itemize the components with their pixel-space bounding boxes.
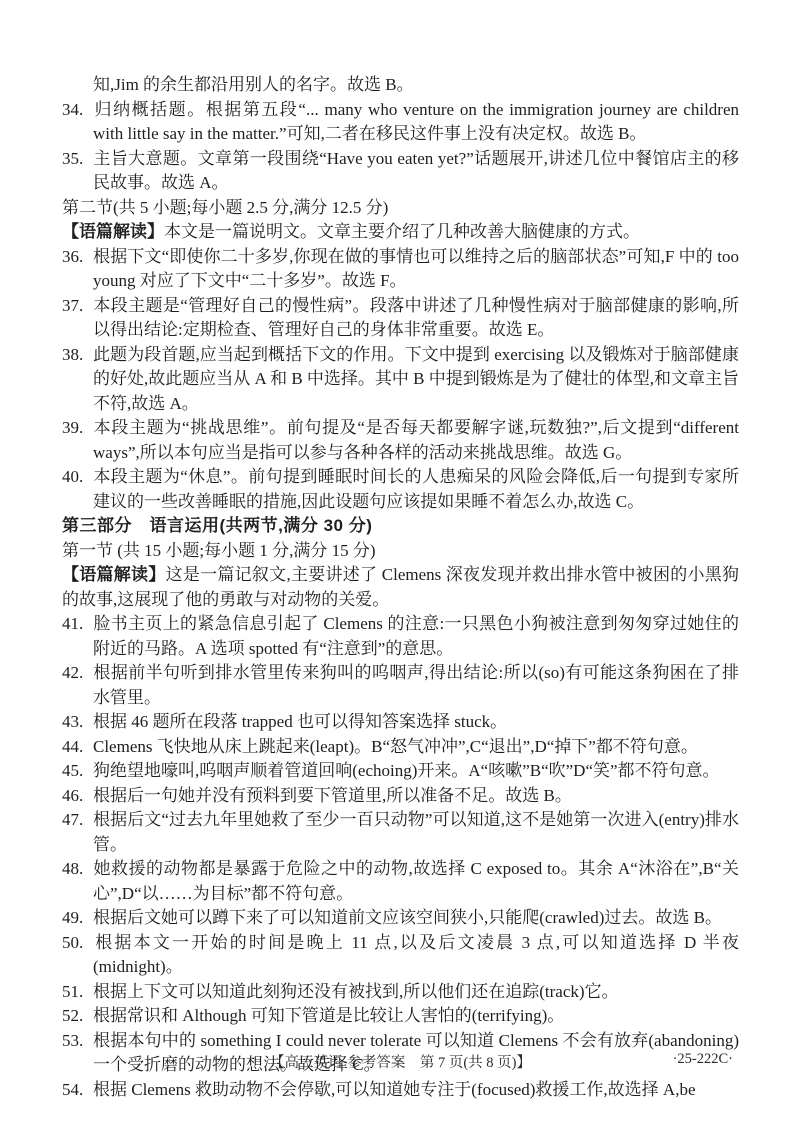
question-explanation-line: 52.根据常识和 Although 可知下管道是比较让人害怕的(terrifyi… [62, 1004, 739, 1029]
question-number: 38. [62, 343, 93, 368]
question-number: 35. [62, 147, 93, 172]
question-text: 脸书主页上的紧急信息引起了 Clemens 的注意:一只黑色小狗被注意到匆匆穿过… [93, 614, 739, 658]
question-text: 本段主题为“休息”。前句提到睡眠时间长的人患痴呆的风险会降低,后一句提到专家所建… [93, 467, 739, 511]
question-explanation-line: 35.主旨大意题。文章第一段围绕“Have you eaten yet?”话题展… [62, 147, 739, 196]
question-explanation-line: 47.根据后文“过去九年里她救了至少一百只动物”可以知道,这不是她第一次进入(e… [62, 808, 739, 857]
question-explanation-line: 49.根据后文她可以蹲下来了可以知道前文应该空间狭小,只能爬(crawled)过… [62, 906, 739, 931]
continuation-line: 知,Jim 的余生都沿用别人的名字。故选 B。 [62, 73, 739, 98]
question-text: 根据后文她可以蹲下来了可以知道前文应该空间狭小,只能爬(crawled)过去。故… [93, 908, 722, 927]
passage-analysis: 【语篇解读】本文是一篇说明文。文章主要介绍了几种改善大脑健康的方式。 [62, 220, 739, 245]
passage-analysis: 【语篇解读】这是一篇记叙文,主要讲述了 Clemens 深夜发现并救出排水管中被… [62, 563, 739, 612]
question-text: 此题为段首题,应当起到概括下文的作用。下文中提到 exercising 以及锻炼… [93, 345, 739, 413]
question-explanation-line: 40.本段主题为“休息”。前句提到睡眠时间长的人患痴呆的风险会降低,后一句提到专… [62, 465, 739, 514]
question-explanation-line: 54.根据 Clemens 救助动物不会停歇,可以知道她专注于(focused)… [62, 1078, 739, 1103]
question-text: 根据本文一开始的时间是晚上 11 点,以及后文凌晨 3 点,可以知道选择 D 半… [93, 933, 739, 977]
question-text: 本段主题是“管理好自己的慢性病”。段落中讲述了几种慢性病对于脑部健康的影响,所以… [93, 296, 739, 340]
footer-page-indicator: 【高三英语·参考答案 第 7 页(共 8 页)】 [62, 1051, 739, 1072]
answer-content: 知,Jim 的余生都沿用别人的名字。故选 B。34.归纳概括题。根据第五段“..… [62, 73, 739, 1102]
question-explanation-line: 45.狗绝望地嚎叫,呜咽声顺着管道回响(echoing)开来。A“咳嗽”B“吹”… [62, 759, 739, 784]
question-explanation-line: 51.根据上下文可以知道此刻狗还没有被找到,所以他们还在追踪(track)它。 [62, 980, 739, 1005]
question-number: 50. [62, 931, 93, 956]
question-text: 根据后一句她并没有预料到要下管道里,所以准备不足。故选 B。 [93, 786, 572, 805]
question-text: 根据 Clemens 救助动物不会停歇,可以知道她专注于(focused)救援工… [93, 1080, 696, 1099]
question-number: 42. [62, 661, 93, 686]
question-number: 48. [62, 857, 93, 882]
footer-paper-code: ·25-222C· [673, 1051, 733, 1068]
question-number: 44. [62, 735, 93, 760]
question-text: 她救援的动物都是暴露于危险之中的动物,故选择 C exposed to。其余 A… [93, 859, 739, 903]
question-number: 46. [62, 784, 93, 809]
question-explanation-line: 50.根据本文一开始的时间是晚上 11 点,以及后文凌晨 3 点,可以知道选择 … [62, 931, 739, 980]
question-text: 根据 46 题所在段落 trapped 也可以得知答案选择 stuck。 [93, 712, 507, 731]
question-explanation-line: 36.根据下文“即使你二十多岁,你现在做的事情也可以维持之后的脑部状态”可知,F… [62, 245, 739, 294]
question-number: 40. [62, 465, 93, 490]
question-number: 54. [62, 1078, 93, 1103]
question-number: 51. [62, 980, 93, 1005]
question-explanation-line: 34.归纳概括题。根据第五段“... many who venture on t… [62, 98, 739, 147]
question-explanation-line: 46.根据后一句她并没有预料到要下管道里,所以准备不足。故选 B。 [62, 784, 739, 809]
page-footer: 【高三英语·参考答案 第 7 页(共 8 页)】 ·25-222C· [62, 1051, 739, 1073]
answer-sheet-page: 知,Jim 的余生都沿用别人的名字。故选 B。34.归纳概括题。根据第五段“..… [0, 0, 800, 1124]
question-explanation-line: 41.脸书主页上的紧急信息引起了 Clemens 的注意:一只黑色小狗被注意到匆… [62, 612, 739, 661]
part-heading: 第三部分 语言运用(共两节,满分 30 分) [62, 514, 739, 539]
question-explanation-line: 43.根据 46 题所在段落 trapped 也可以得知答案选择 stuck。 [62, 710, 739, 735]
question-text: 根据后文“过去九年里她救了至少一百只动物”可以知道,这不是她第一次进入(entr… [93, 810, 739, 854]
question-text: 本段主题为“挑战思维”。前句提及“是否每天都要解字谜,玩数独?”,后文提到“di… [93, 418, 739, 462]
question-number: 43. [62, 710, 93, 735]
question-text: 狗绝望地嚎叫,呜咽声顺着管道回响(echoing)开来。A“咳嗽”B“吹”D“笑… [93, 761, 720, 780]
question-explanation-line: 39.本段主题为“挑战思维”。前句提及“是否每天都要解字谜,玩数独?”,后文提到… [62, 416, 739, 465]
question-number: 36. [62, 245, 93, 270]
question-text: 根据下文“即使你二十多岁,你现在做的事情也可以维持之后的脑部状态”可知,F 中的… [93, 247, 739, 291]
section-heading: 第二节(共 5 小题;每小题 2.5 分,满分 12.5 分) [62, 196, 739, 221]
analysis-label: 【语篇解读】 [62, 565, 166, 584]
question-explanation-line: 37.本段主题是“管理好自己的慢性病”。段落中讲述了几种慢性病对于脑部健康的影响… [62, 294, 739, 343]
question-explanation-line: 42.根据前半句听到排水管里传来狗叫的呜咽声,得出结论:所以(so)有可能这条狗… [62, 661, 739, 710]
question-number: 34. [62, 98, 93, 123]
question-number: 52. [62, 1004, 93, 1029]
question-text: 主旨大意题。文章第一段围绕“Have you eaten yet?”话题展开,讲… [93, 149, 739, 193]
question-number: 41. [62, 612, 93, 637]
question-number: 47. [62, 808, 93, 833]
question-text: 根据上下文可以知道此刻狗还没有被找到,所以他们还在追踪(track)它。 [93, 982, 619, 1001]
question-number: 37. [62, 294, 93, 319]
question-explanation-line: 38.此题为段首题,应当起到概括下文的作用。下文中提到 exercising 以… [62, 343, 739, 417]
question-text: 根据前半句听到排水管里传来狗叫的呜咽声,得出结论:所以(so)有可能这条狗困在了… [93, 663, 739, 707]
question-number: 49. [62, 906, 93, 931]
question-explanation-line: 48.她救援的动物都是暴露于危险之中的动物,故选择 C exposed to。其… [62, 857, 739, 906]
question-explanation-line: 44.Clemens 飞快地从床上跳起来(leapt)。B“怒气冲冲”,C“退出… [62, 735, 739, 760]
question-number: 53. [62, 1029, 93, 1054]
question-number: 45. [62, 759, 93, 784]
question-text: 根据常识和 Although 可知下管道是比较让人害怕的(terrifying)… [93, 1006, 564, 1025]
section-heading: 第一节 (共 15 小题;每小题 1 分,满分 15 分) [62, 539, 739, 564]
question-number: 39. [62, 416, 93, 441]
question-text: 归纳概括题。根据第五段“... many who venture on the … [93, 100, 739, 144]
analysis-label: 【语篇解读】 [62, 222, 164, 241]
analysis-text: 本文是一篇说明文。文章主要介绍了几种改善大脑健康的方式。 [164, 222, 640, 241]
question-text: Clemens 飞快地从床上跳起来(leapt)。B“怒气冲冲”,C“退出”,D… [93, 737, 698, 756]
